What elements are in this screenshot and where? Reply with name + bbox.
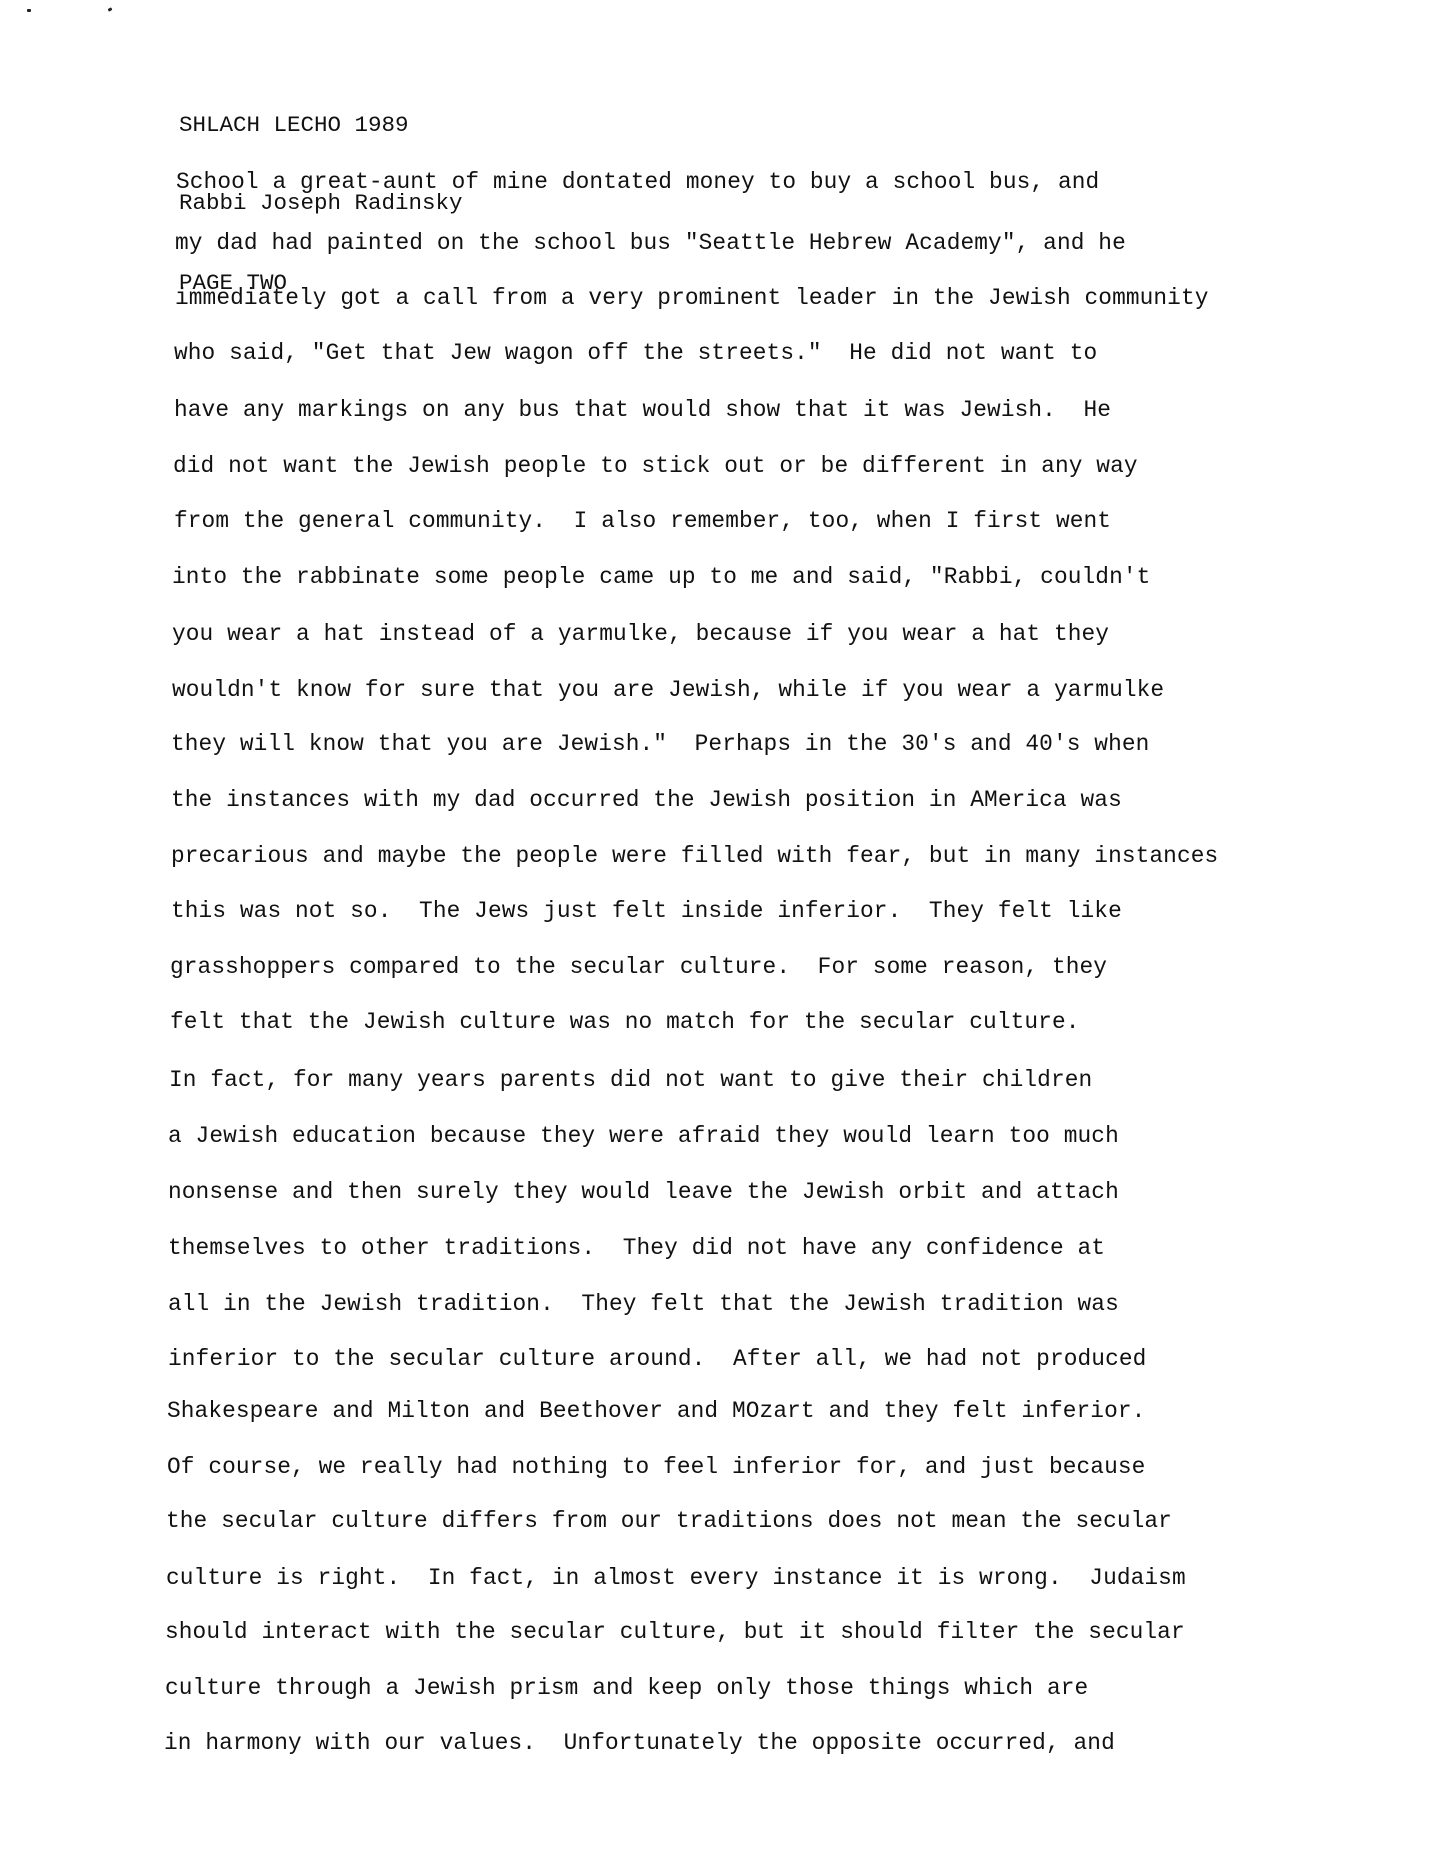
text-line: the secular culture differs from our tra… [166,1507,1172,1535]
document-page: SHLACH LECHO 1989 Rabbi Joseph Radinsky … [0,0,1430,1851]
text-line: they will know that you are Jewish." Per… [171,730,1149,758]
text-line: precarious and maybe the people were fil… [171,842,1218,870]
text-line: culture through a Jewish prism and keep … [165,1674,1088,1702]
text-line: themselves to other traditions. They did… [168,1234,1105,1262]
body-text: School a great-aunt of mine dontated mon… [0,0,1430,1851]
text-line: have any markings on any bus that would … [174,396,1111,424]
text-line: In fact, for many years parents did not … [169,1066,1092,1094]
text-line: felt that the Jewish culture was no matc… [170,1008,1080,1036]
text-line: all in the Jewish tradition. They felt t… [168,1290,1119,1318]
text-line: wouldn't know for sure that you are Jewi… [172,676,1164,704]
text-line: my dad had painted on the school bus "Se… [175,229,1126,257]
text-line: the instances with my dad occurred the J… [171,786,1122,814]
text-line: Shakespeare and Milton and Beethover and… [167,1397,1145,1425]
text-line: should interact with the secular culture… [165,1618,1185,1646]
text-line: from the general community. I also remem… [174,507,1111,535]
text-line: immediately got a call from a very promi… [175,284,1209,312]
text-line: who said, "Get that Jew wagon off the st… [174,339,1097,367]
text-line: Of course, we really had nothing to feel… [167,1453,1145,1481]
text-line: in harmony with our values. Unfortunatel… [164,1729,1115,1757]
text-line: culture is right. In fact, in almost eve… [166,1564,1186,1592]
text-line: nonsense and then surely they would leav… [168,1178,1119,1206]
text-line: did not want the Jewish people to stick … [173,452,1138,480]
text-line: grasshoppers compared to the secular cul… [170,953,1107,981]
text-line: this was not so. The Jews just felt insi… [171,897,1122,925]
text-line: inferior to the secular culture around. … [168,1345,1146,1373]
text-line: School a great-aunt of mine dontated mon… [176,168,1099,196]
text-line: into the rabbinate some people came up t… [172,563,1150,591]
text-line: you wear a hat instead of a yarmulke, be… [172,620,1109,648]
text-line: a Jewish education because they were afr… [168,1122,1119,1150]
